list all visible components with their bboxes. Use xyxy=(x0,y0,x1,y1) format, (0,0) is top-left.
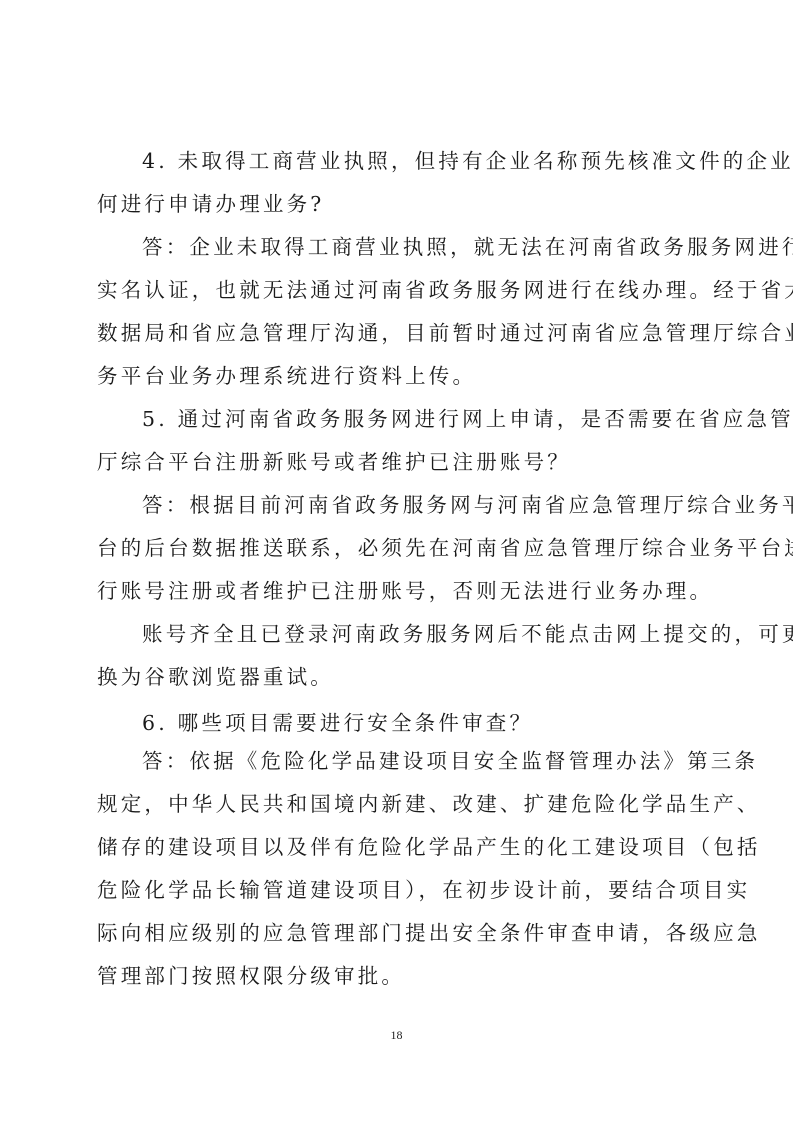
answer-line: 储存的建设项目以及伴有危险化学品产生的化工建设项目（包括 xyxy=(97,832,761,862)
answer-line: 务平台业务办理系统进行资料上传。 xyxy=(97,361,476,391)
question-line: 5. 通过河南省政务服务网进行网上申请，是否需要在省应急管理 xyxy=(142,404,793,434)
question-line: 何进行申请办理业务? xyxy=(97,189,325,219)
answer-line: 际向相应级别的应急管理部门提出安全条件审查申请，各级应急 xyxy=(97,918,761,948)
answer-line: 实名认证，也就无法通过河南省政务服务网进行在线办理。经于省大 xyxy=(97,275,793,305)
answer-line: 危险化学品长输管道建设项目），在初步设计前，要结合项目实 xyxy=(97,875,750,905)
question-line: 厅综合平台注册新账号或者维护已注册账号？ xyxy=(97,447,571,477)
answer-line: 行账号注册或者维护已注册账号，否则无法进行业务办理。 xyxy=(97,576,713,606)
answer-line: 台的后台数据推送联系，必须先在河南省应急管理厅综合业务平台进 xyxy=(97,533,793,563)
answer-line: 答：根据目前河南省政务服务网与河南省应急管理厅综合业务平 xyxy=(142,490,793,520)
question-line: 6. 哪些项目需要进行安全条件审查？ xyxy=(142,708,533,738)
note-line: 换为谷歌浏览器重试。 xyxy=(97,662,334,692)
page-number: 18 xyxy=(0,1028,793,1043)
answer-line: 数据局和省应急管理厅沟通，目前暂时通过河南省应急管理厅综合业 xyxy=(97,318,793,348)
note-line: 账号齐全且已登录河南政务服务网后不能点击网上提交的，可更 xyxy=(142,619,793,649)
answer-line: 答：依据《危险化学品建设项目安全监督管理办法》第三条 xyxy=(142,746,758,776)
answer-line: 规定，中华人民共和国境内新建、改建、扩建危险化学品生产、 xyxy=(97,789,761,819)
answer-line: 管理部门按照权限分级审批。 xyxy=(97,961,405,991)
document-page: 4. 未取得工商营业执照，但持有企业名称预先核准文件的企业如 何进行申请办理业务… xyxy=(0,0,793,1122)
answer-line: 答：企业未取得工商营业执照，就无法在河南省政务服务网进行 xyxy=(142,232,793,262)
question-line: 4. 未取得工商营业执照，但持有企业名称预先核准文件的企业如 xyxy=(142,146,793,176)
